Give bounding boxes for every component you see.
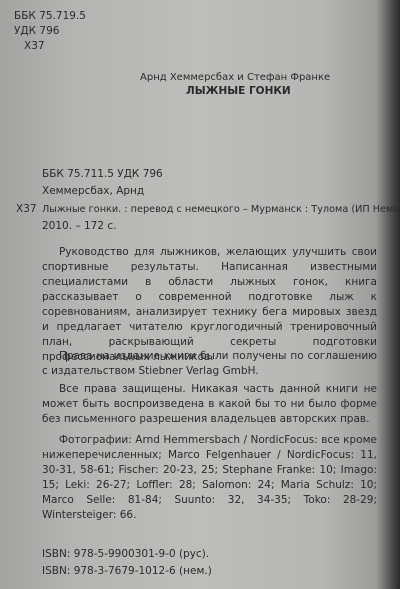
book-title: ЛЫЖНЫЕ ГОНКИ xyxy=(186,85,291,98)
authors-line: Арнд Хеммерсбах и Стефан Франке xyxy=(140,71,330,84)
catalog-author-mark: Х37 xyxy=(16,203,37,216)
author-mark: Х37 xyxy=(24,40,45,53)
isbn-russian: ISBN: 978-5-9900301-9-0 (рус). xyxy=(42,548,209,561)
photo-credits-section: Фотографии: Arnd Hemmersbach / NordicFoc… xyxy=(42,433,377,523)
license-text: Права на издание книги были получены по … xyxy=(42,349,377,379)
description-text: Руководство для лыжников, желающих улучш… xyxy=(42,245,377,365)
bbk-code: ББК 75.719.5 xyxy=(14,10,86,23)
catalog-codes: ББК 75.711.5 УДК 796 xyxy=(42,168,163,181)
rights-section: Права на издание книги были получены по … xyxy=(42,349,377,427)
catalog-entry-line2: 2010. – 172 с. xyxy=(42,220,116,233)
catalog-entry-line1: Лыжные гонки. : перевод с немецкого – Му… xyxy=(42,203,400,216)
book-imprint-page: ББК 75.719.5 УДК 796 Х37 Арнд Хеммерсбах… xyxy=(0,0,400,589)
catalog-author: Хеммерсбах, Арнд xyxy=(42,185,144,198)
rights-reserved-text: Все права защищены. Никакая часть данной… xyxy=(42,382,377,427)
photo-credits-text: Фотографии: Arnd Hemmersbach / NordicFoc… xyxy=(42,433,377,523)
udk-code: УДК 796 xyxy=(14,25,59,38)
isbn-german: ISBN: 978-3-7679-1012-6 (нем.) xyxy=(42,565,212,578)
description-paragraph: Руководство для лыжников, желающих улучш… xyxy=(42,245,377,365)
